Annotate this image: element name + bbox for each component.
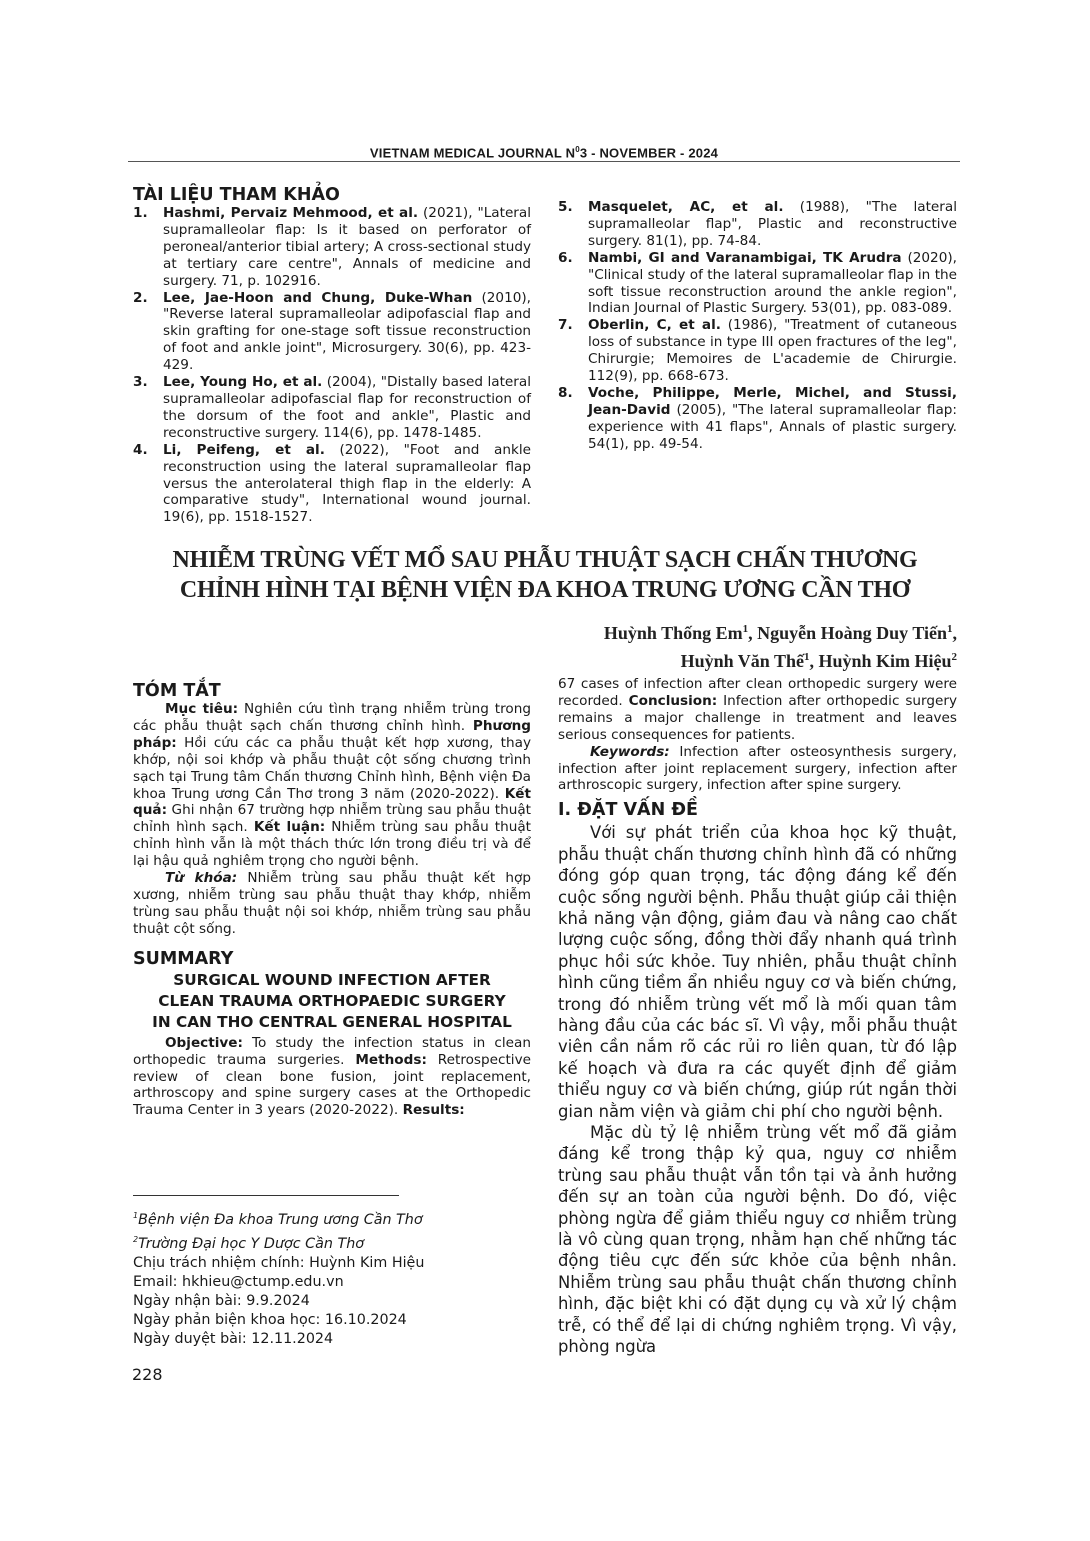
reference-authors: Nambi, GI and Varanambigai, TK Arudra: [588, 250, 902, 266]
footnote-affiliation-2: 2Trường Đại học Y Dược Cần Thơ: [133, 1230, 531, 1254]
article-title-line: CHỈNH HÌNH TẠI BỆNH VIỆN ĐA KHOA TRUNG Ư…: [140, 575, 950, 605]
reference-authors: Hashmi, Pervaiz Mehmood, et al.: [163, 205, 418, 221]
reference-item: 4.Li, Peifeng, et al. (2022), "Foot and …: [133, 442, 531, 527]
references-right: 5.Masquelet, AC, et al. (1988), "The lat…: [558, 199, 957, 453]
reference-number: 8.: [558, 385, 573, 402]
reference-number: 4.: [133, 442, 148, 459]
reference-number: 3.: [133, 374, 148, 391]
footnote-divider: [133, 1195, 399, 1196]
references-heading: TÀI LIỆU THAM KHẢO: [133, 185, 531, 205]
email: Email: hkhieu@ctump.edu.vn: [133, 1273, 531, 1292]
reference-number: 5.: [558, 199, 573, 216]
summary-heading: SUMMARY: [133, 949, 531, 969]
footnotes: 1Bệnh viện Đa khoa Trung ương Cần Thơ 2T…: [133, 1195, 531, 1349]
label-keywords-en: Keywords:: [590, 744, 670, 760]
references-left: TÀI LIỆU THAM KHẢO 1.Hashmi, Pervaiz Meh…: [133, 185, 531, 526]
journal-header: VIETNAM MEDICAL JOURNAL N03 - NOVEMBER -…: [128, 145, 960, 160]
abstract-vi-heading: TÓM TẮT: [133, 681, 531, 701]
label-objective: Mục tiêu:: [165, 701, 238, 717]
text-methods: Hồi cứu các ca phẫu thuật kết hợp xương,…: [133, 735, 531, 802]
reference-authors: Masquelet, AC, et al.: [588, 199, 784, 215]
author-name: Huỳnh Kim Hiệu: [818, 651, 951, 671]
label-methods-en: Methods:: [355, 1052, 427, 1068]
footnote-text: Bệnh viện Đa khoa Trung ương Cần Thơ: [138, 1212, 423, 1228]
reference-item: 1.Hashmi, Pervaiz Mehmood, et al. (2021)…: [133, 205, 531, 290]
abstract-vi-keywords: Từ khóa: Nhiễm trùng sau phẫu thuật kết …: [133, 870, 531, 938]
summary-title-line: SURGICAL WOUND INFECTION AFTER: [133, 970, 531, 991]
introduction-heading: I. ĐẶT VẤN ĐỀ: [558, 800, 957, 820]
abstract-en-body-cont: 67 cases of infection after clean orthop…: [558, 676, 957, 744]
abstract-column: TÓM TẮT Mục tiêu: Nghiên cứu tình trạng …: [133, 681, 531, 1119]
label-conclusion: Kết luận:: [254, 819, 325, 835]
author-name: Nguyễn Hoàng Duy Tiến: [757, 623, 947, 643]
abstract-en-keywords: Keywords: Infection after osteosynthesis…: [558, 744, 957, 795]
article-title-line: NHIỄM TRÙNG VẾT MỔ SAU PHẪU THUẬT SẠCH C…: [140, 545, 950, 575]
reference-authors: Oberlin, C, et al.: [588, 317, 721, 333]
label-conclusion-en: Conclusion:: [629, 693, 718, 709]
author-separator: ,: [748, 623, 757, 643]
reference-item: 7.Oberlin, C, et al. (1986), "Treatment …: [558, 317, 957, 385]
reference-number: 1.: [133, 205, 148, 222]
received-date: Ngày nhận bài: 9.9.2024: [133, 1292, 531, 1311]
reference-number: 2.: [133, 290, 148, 307]
summary-title-line: CLEAN TRAUMA ORTHOPAEDIC SURGERY: [133, 991, 531, 1012]
reference-authors: Lee, Young Ho, et al.: [163, 374, 322, 390]
label-results-en: Results:: [403, 1102, 465, 1118]
introduction-paragraph: Với sự phát triển của khoa học kỹ thuật,…: [558, 822, 957, 1122]
article-title: NHIỄM TRÙNG VẾT MỔ SAU PHẪU THUẬT SẠCH C…: [140, 545, 950, 605]
abstract-en-body-start: Objective: To study the infection status…: [133, 1035, 531, 1120]
summary-title-line: IN CAN THO CENTRAL GENERAL HOSPITAL: [133, 1012, 531, 1033]
corresponding-author: Chịu trách nhiệm chính: Huỳnh Kim Hiệu: [133, 1254, 531, 1273]
journal-name: VIETNAM MEDICAL JOURNAL N: [370, 145, 575, 160]
reference-number: 7.: [558, 317, 573, 334]
footnote-affiliation-1: 1Bệnh viện Đa khoa Trung ương Cần Thơ: [133, 1206, 531, 1230]
label-keywords: Từ khóa:: [165, 870, 237, 886]
reference-number: 6.: [558, 250, 573, 267]
introduction-body: Với sự phát triển của khoa học kỹ thuật,…: [558, 822, 957, 1357]
reference-item: 8.Voche, Philippe, Merle, Michel, and St…: [558, 385, 957, 453]
footnote-text: Trường Đại học Y Dược Cần Thơ: [138, 1236, 364, 1252]
reference-authors: Li, Peifeng, et al.: [163, 442, 325, 458]
reference-item: 3.Lee, Young Ho, et al. (2004), "Distall…: [133, 374, 531, 442]
body-right-column: 67 cases of infection after clean orthop…: [558, 676, 957, 1358]
summary-title: SURGICAL WOUND INFECTION AFTER CLEAN TRA…: [133, 970, 531, 1033]
references-list: 1.Hashmi, Pervaiz Mehmood, et al. (2021)…: [133, 205, 531, 526]
journal-issue: 3 - NOVEMBER - 2024: [580, 145, 718, 160]
label-objective-en: Objective:: [165, 1035, 243, 1051]
references-list-continued: 5.Masquelet, AC, et al. (1988), "The lat…: [558, 199, 957, 453]
author-name: Huỳnh Văn Thế: [681, 651, 804, 671]
author-separator: ,: [953, 623, 958, 643]
author-list: Huỳnh Thống Em1, Nguyễn Hoàng Duy Tiến1,…: [357, 617, 957, 673]
accepted-date: Ngày duyệt bài: 12.11.2024: [133, 1330, 531, 1349]
abstract-vi-body: Mục tiêu: Nghiên cứu tình trạng nhiễm tr…: [133, 701, 531, 870]
reference-item: 2.Lee, Jae-Hoon and Chung, Duke-Whan (20…: [133, 290, 531, 375]
author-name: Huỳnh Thống Em: [604, 623, 743, 643]
reference-item: 6.Nambi, GI and Varanambigai, TK Arudra …: [558, 250, 957, 318]
introduction-paragraph: Mặc dù tỷ lệ nhiễm trùng vết mổ đã giảm …: [558, 1122, 957, 1357]
author-affiliation: 2: [952, 651, 958, 663]
header-divider: [128, 161, 960, 162]
reference-authors: Lee, Jae-Hoon and Chung, Duke-Whan: [163, 290, 472, 306]
reviewed-date: Ngày phản biện khoa học: 16.10.2024: [133, 1311, 531, 1330]
reference-item: 5.Masquelet, AC, et al. (1988), "The lat…: [558, 199, 957, 250]
page-number: 228: [132, 1365, 163, 1384]
